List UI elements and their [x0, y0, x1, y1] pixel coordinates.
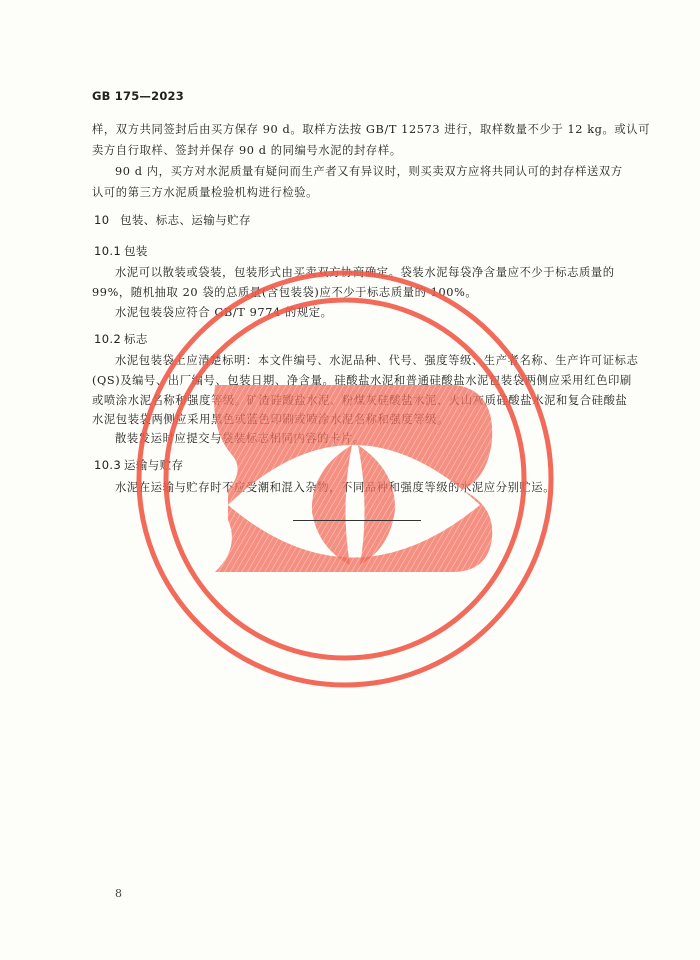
document-page: GB 175—2023 样，双方共同签封后由买方保存 90 d。取样方法按 GB… [0, 0, 700, 960]
text-line: (QS)及编号、出厂编号、包装日期、净含量。硅酸盐水泥和普通硅酸盐水泥包装袋两侧… [92, 372, 632, 388]
text-line: 样，双方共同签封后由买方保存 90 d。取样方法按 GB/T 12573 进行，… [92, 121, 632, 137]
text-line: 水泥包装袋上应清楚标明：本文件编号、水泥品种、代号、强度等级、生产者名称、生产许… [92, 352, 655, 368]
section-10-2-heading: 10.2标志 [94, 331, 148, 347]
section-10-heading: 10包装、标志、运输与贮存 [94, 212, 251, 228]
text-line: 水泥包装袋应符合 GB/T 9774 的规定。 [92, 304, 655, 320]
section-10-3-heading: 10.3运输与贮存 [94, 457, 184, 473]
text-line: 水泥可以散装或袋装，包装形式由买卖双方协商确定。袋装水泥每袋净含量应不少于标志质… [92, 264, 655, 280]
end-rule-divider [293, 520, 421, 521]
text-line: 认可的第三方水泥质量检验机构进行检验。 [92, 184, 632, 200]
section-title: 包装、标志、运输与贮存 [120, 213, 251, 227]
text-line: 散装发运时应提交与袋装标志相同内容的卡片。 [92, 430, 655, 446]
section-number: 10 [94, 213, 120, 227]
section-number: 10.2 [94, 332, 124, 346]
standard-code-header: GB 175—2023 [92, 89, 184, 103]
text-line: 水泥在运输与贮存时不应受潮和混入杂物，不同品种和强度等级的水泥应分别贮运。 [92, 479, 655, 495]
text-line: 90 d 内，买方对水泥质量有疑问而生产者又有异议时，则买卖双方应将共同认可的封… [92, 163, 655, 179]
text-line: 或喷涂水泥名称和强度等级。矿渣硅酸盐水泥、粉煤灰硅酸盐水泥、火山灰质硅酸盐水泥和… [92, 392, 632, 408]
text-line: 卖方自行取样、签封并保存 90 d 的同编号水泥的封存样。 [92, 142, 632, 158]
section-title: 包装 [124, 244, 148, 258]
section-number: 10.1 [94, 244, 124, 258]
section-number: 10.3 [94, 458, 124, 472]
text-line: 水泥包装袋两侧应采用黑色或蓝色印刷或喷涂水泥名称和强度等级。 [92, 411, 632, 427]
section-title: 标志 [124, 332, 148, 346]
page-number: 8 [115, 887, 122, 900]
section-10-1-heading: 10.1包装 [94, 243, 148, 259]
text-line: 99%，随机抽取 20 袋的总质量(含包装袋)应不少于标志质量的 100%。 [92, 284, 632, 300]
section-title: 运输与贮存 [124, 458, 184, 472]
